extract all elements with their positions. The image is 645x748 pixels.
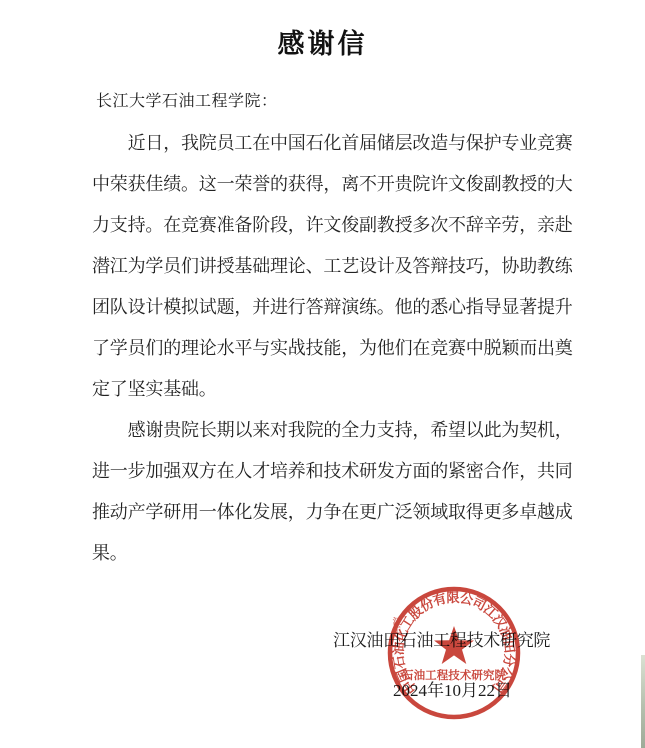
body-line: 感谢贵院长期以来对我院的全力支持，希望以此为契机， [92, 410, 584, 451]
star-icon [434, 626, 474, 664]
page-title: 感谢信 [0, 22, 645, 61]
body-line: 果。 [92, 533, 584, 574]
seal-side-marks: 江工 [392, 616, 402, 634]
body-line: 中荣获佳绩。这一荣誉的获得，离不开贵院许文俊副教授的大 [92, 164, 584, 205]
scan-edge-artifact [641, 655, 645, 748]
body-line: 力支持。在竞赛准备阶段，许文俊副教授多次不辞辛劳，亲赴 [92, 205, 584, 246]
letter-body: 近日，我院员工在中国石化首届储层改造与保护专业竞赛 中荣获佳绩。这一荣誉的获得，… [92, 123, 584, 574]
official-seal: 中国石油化工股份有限公司江汉油田分公司 石油工程技术研究院 江工 [384, 583, 524, 723]
body-line: 近日，我院员工在中国石化首届储层改造与保护专业竞赛 [92, 123, 584, 164]
body-line: 进一步加强双方在人才培养和技术研发方面的紧密合作，共同 [92, 451, 584, 492]
body-line: 定了坚实基础。 [92, 369, 584, 410]
body-line: 了学员们的理论水平与实战技能，为他们在竞赛中脱颖而出奠 [92, 328, 584, 369]
body-line: 团队设计模拟试题，并进行答辩演练。他的悉心指导显著提升 [92, 287, 584, 328]
body-line: 推动产学研用一体化发展，力争在更广泛领域取得更多卓越成 [92, 492, 584, 533]
seal-inner-text: 石油工程技术研究院 [402, 668, 507, 682]
body-line: 潜江为学员们讲授基础理论、工艺设计及答辩技巧，协助教练 [92, 246, 584, 287]
salutation: 长江大学石油工程学院： [96, 88, 278, 111]
letter-page: 感谢信 长江大学石油工程学院： 近日，我院员工在中国石化首届储层改造与保护专业竞… [0, 0, 645, 748]
